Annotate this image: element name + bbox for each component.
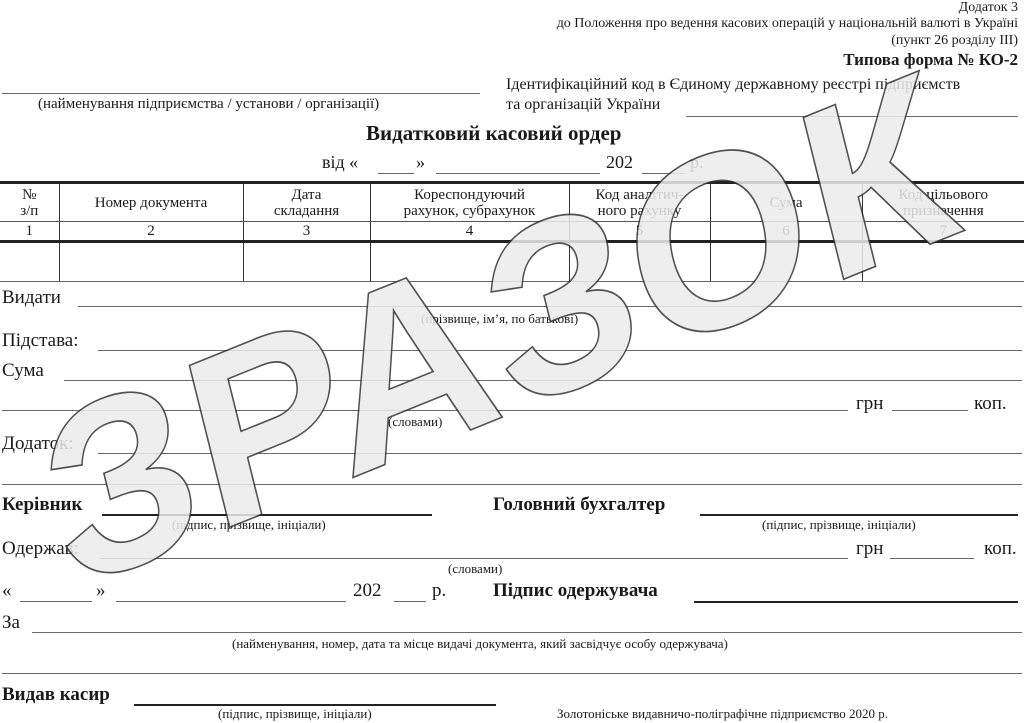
head-signature-field[interactable] bbox=[102, 514, 432, 516]
column-number: 4 bbox=[370, 222, 569, 242]
date-from-label: від « bbox=[322, 152, 358, 173]
date-year-suffix: р. bbox=[690, 152, 704, 173]
attachment-field[interactable] bbox=[98, 453, 1022, 454]
recipient-signature-label: Підпис одержувача bbox=[493, 580, 658, 602]
by-document-hint: (найменування, номер, дата та місце вида… bbox=[232, 636, 728, 652]
column-number: 5 bbox=[569, 222, 710, 242]
received-currency-label: грн bbox=[856, 538, 883, 560]
date-close-quote: » bbox=[416, 152, 425, 173]
column-header: Сума bbox=[710, 183, 862, 222]
cell-row-number[interactable] bbox=[0, 242, 59, 282]
column-header: № з/п bbox=[0, 183, 59, 222]
column-number: 1 bbox=[0, 222, 59, 242]
clause-reference: (пункт 26 розділу III) bbox=[891, 33, 1018, 49]
cashier-signature-hint: (підпис, прізвище, ініціали) bbox=[218, 706, 372, 722]
date-year-prefix: 202 bbox=[606, 152, 633, 173]
document-title: Видатковий касовий ордер bbox=[366, 121, 622, 146]
column-header: Код цільового призначення bbox=[862, 183, 1024, 222]
date-year-field[interactable] bbox=[642, 173, 684, 174]
amount-words-field[interactable] bbox=[2, 410, 848, 411]
chief-accountant-signature-hint: (підпис, прізвище, ініціали) bbox=[762, 517, 916, 533]
column-header: Кореспондуючий рахунок, субрахунок bbox=[370, 183, 569, 222]
annex-label: Додаток 3 bbox=[959, 0, 1018, 16]
column-header: Код аналітич- ного рахунку bbox=[569, 183, 710, 222]
received-day-field[interactable] bbox=[20, 601, 92, 602]
by-document-field-line2[interactable] bbox=[2, 673, 1022, 674]
received-cents-field[interactable] bbox=[890, 558, 974, 559]
column-header: Номер документа bbox=[59, 183, 243, 222]
cell-document-number[interactable] bbox=[59, 242, 243, 282]
cell-amount[interactable] bbox=[710, 242, 862, 282]
basis-label: Підстава: bbox=[2, 330, 79, 352]
chief-accountant-signature-field[interactable] bbox=[700, 514, 1018, 516]
by-document-field[interactable] bbox=[32, 632, 1022, 633]
issue-to-hint: (прізвище, ім’я, по батькові) bbox=[421, 311, 578, 327]
organization-name-field[interactable] bbox=[2, 93, 480, 94]
received-year-prefix: 202 bbox=[353, 580, 382, 602]
received-amount-field[interactable] bbox=[100, 558, 848, 559]
table-header-row: № з/п Номер документа Дата складання Кор… bbox=[0, 183, 1024, 222]
table-row bbox=[0, 242, 1024, 282]
id-code-label-line1: Ідентифікаційний код в Єдиному державном… bbox=[506, 76, 960, 94]
cell-date[interactable] bbox=[243, 242, 370, 282]
recipient-signature-field[interactable] bbox=[694, 601, 1018, 603]
issue-to-field[interactable] bbox=[78, 306, 1022, 307]
organization-name-hint: (найменування підприємства / установи / … bbox=[38, 96, 379, 113]
cell-purpose-code[interactable] bbox=[862, 242, 1024, 282]
received-year-field[interactable] bbox=[394, 601, 426, 602]
amount-field-line1[interactable] bbox=[64, 380, 1022, 381]
head-signature-hint: (підпис, прізвище, ініціали) bbox=[172, 517, 326, 533]
publisher-footer: Золотоніське видавничо-поліграфічне підп… bbox=[557, 706, 888, 722]
column-number: 3 bbox=[243, 222, 370, 242]
amount-currency-label: грн bbox=[856, 393, 883, 415]
column-number: 6 bbox=[710, 222, 862, 242]
attachment-label: Додаток: bbox=[2, 433, 74, 455]
chief-accountant-label: Головний бухгалтер bbox=[493, 494, 665, 516]
received-year-suffix: р. bbox=[432, 580, 446, 602]
regulation-reference: до Положення про ведення касових операці… bbox=[557, 16, 1018, 32]
cashier-label: Видав касир bbox=[2, 684, 110, 706]
received-date-close-quote: » bbox=[96, 580, 106, 602]
attachment-field-line2[interactable] bbox=[2, 484, 1022, 485]
issue-to-label: Видати bbox=[2, 287, 61, 309]
basis-field[interactable] bbox=[98, 350, 1022, 351]
by-document-label: За bbox=[2, 612, 20, 634]
received-words-hint: (словами) bbox=[448, 561, 502, 577]
cell-corresponding-account[interactable] bbox=[370, 242, 569, 282]
column-number: 2 bbox=[59, 222, 243, 242]
amount-words-hint: (словами) bbox=[388, 414, 442, 430]
amount-cents-field[interactable] bbox=[892, 410, 968, 411]
order-table: № з/п Номер документа Дата складання Кор… bbox=[0, 181, 1024, 282]
id-code-field[interactable] bbox=[686, 116, 1018, 117]
received-cents-label: коп. bbox=[984, 538, 1017, 560]
table-number-row: 1 2 3 4 5 6 7 bbox=[0, 222, 1024, 242]
column-header: Дата складання bbox=[243, 183, 370, 222]
amount-label: Сума bbox=[2, 360, 44, 382]
date-month-field[interactable] bbox=[436, 173, 600, 174]
form-type: Типова форма № КО-2 bbox=[843, 50, 1018, 70]
received-date-open-quote: « bbox=[2, 580, 12, 602]
received-month-field[interactable] bbox=[116, 601, 346, 602]
amount-cents-label: коп. bbox=[974, 393, 1007, 415]
column-number: 7 bbox=[862, 222, 1024, 242]
date-day-field[interactable] bbox=[378, 173, 414, 174]
cell-analytic-code[interactable] bbox=[569, 242, 710, 282]
head-label: Керівник bbox=[2, 494, 82, 516]
id-code-label-line2: та організацій України bbox=[506, 96, 660, 114]
received-label: Одержав: bbox=[2, 538, 79, 560]
